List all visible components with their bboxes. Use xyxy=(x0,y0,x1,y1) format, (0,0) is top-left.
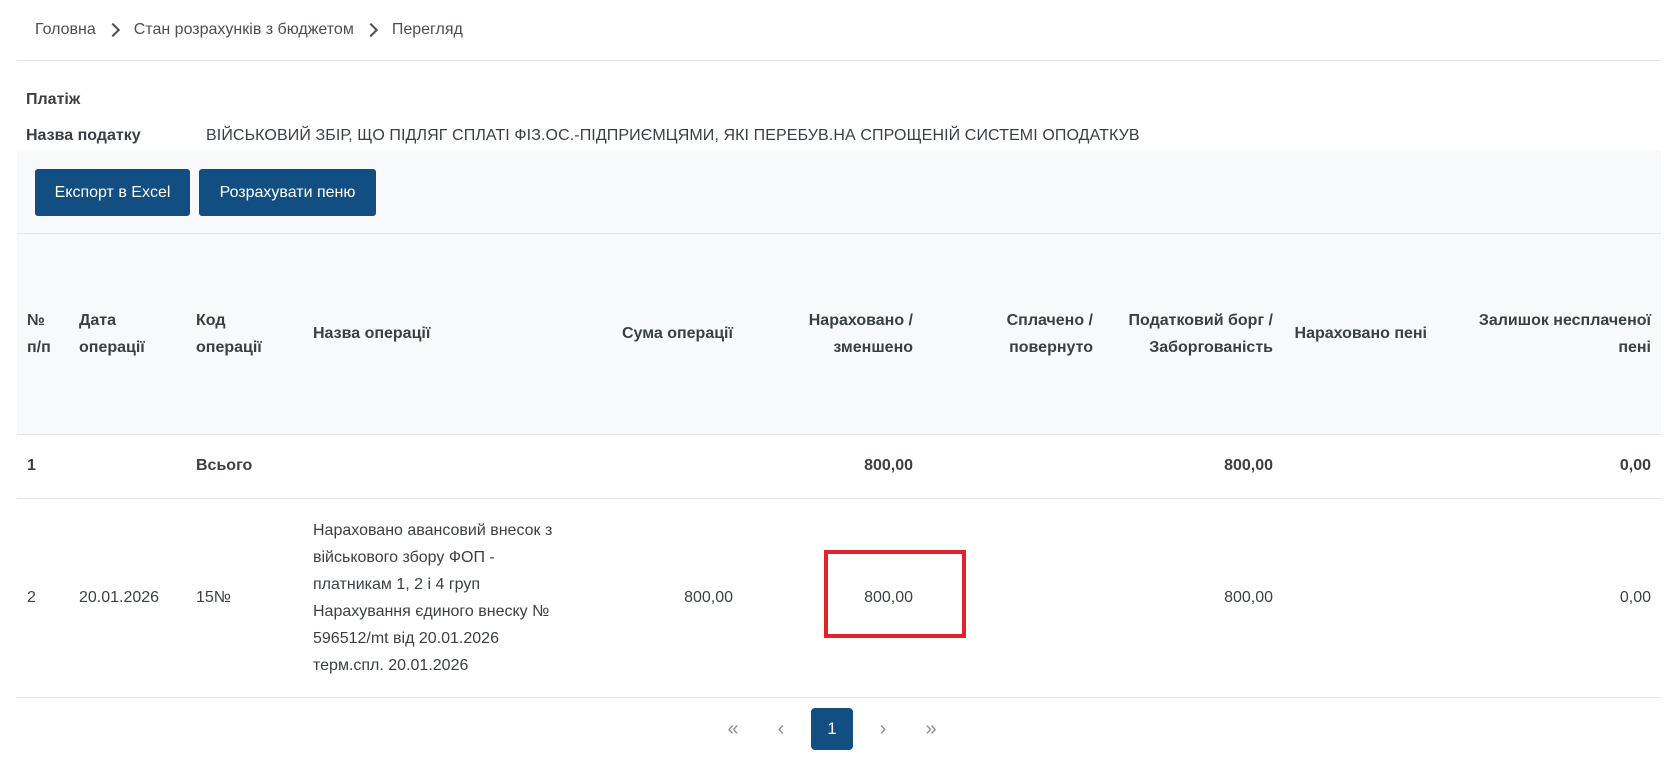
cell-number: 1 xyxy=(17,434,69,498)
table-row-total: 1 Всього 800,00 800,00 0,00 xyxy=(17,434,1661,498)
col-name: Назва операції xyxy=(303,234,609,434)
payment-info: Платіж Назва податку ВІЙСЬКОВИЙ ЗБІР, ЩО… xyxy=(26,82,1140,154)
pagination: « ‹ 1 › » xyxy=(0,708,1664,750)
toolbar: Експорт в Excel Розрахувати пеню xyxy=(17,151,1661,234)
col-number: № п/п xyxy=(17,234,69,434)
col-paid: Сплачено / повернуто xyxy=(923,234,1103,434)
prev-page-button[interactable]: ‹ xyxy=(757,708,805,750)
breadcrumb: Головна Стан розрахунків з бюджетом Пере… xyxy=(35,18,463,42)
cell-penalty-accrued xyxy=(1283,498,1437,697)
col-amount: Сума операції xyxy=(609,234,743,434)
col-code: Код операції xyxy=(186,234,303,434)
payment-row: Платіж xyxy=(26,82,1140,118)
cell-accrued: 800,00 xyxy=(743,498,923,697)
cell-accrued: 800,00 xyxy=(743,434,923,498)
cell-debt: 800,00 xyxy=(1103,498,1283,697)
cell-paid xyxy=(923,434,1103,498)
cell-code: Всього xyxy=(186,434,303,498)
col-penalty-accrued: Нараховано пені xyxy=(1283,234,1437,434)
payment-label: Платіж xyxy=(26,91,206,109)
breadcrumb-budget-settlements[interactable]: Стан розрахунків з бюджетом xyxy=(134,21,354,39)
calculate-penalty-button[interactable]: Розрахувати пеню xyxy=(199,169,376,216)
export-excel-button[interactable]: Експорт в Excel xyxy=(35,169,190,216)
page-1-button[interactable]: 1 xyxy=(811,708,853,750)
cell-date xyxy=(69,434,186,498)
cell-debt: 800,00 xyxy=(1103,434,1283,498)
chevron-right-icon xyxy=(106,23,120,37)
tax-name-label: Назва податку xyxy=(26,127,206,145)
col-accrued: Нараховано / зменшено xyxy=(743,234,923,434)
breadcrumb-home[interactable]: Головна xyxy=(35,21,96,39)
cell-penalty-accrued xyxy=(1283,434,1437,498)
cell-name xyxy=(303,434,609,498)
first-page-button[interactable]: « xyxy=(709,708,757,750)
tax-name-value: ВІЙСЬКОВИЙ ЗБІР, ЩО ПІДЛЯГ СПЛАТІ ФІЗ.ОС… xyxy=(206,127,1140,145)
tax-name-row: Назва податку ВІЙСЬКОВИЙ ЗБІР, ЩО ПІДЛЯГ… xyxy=(26,118,1140,154)
col-date: Дата операції xyxy=(69,234,186,434)
operations-table: № п/п Дата операції Код операції Назва о… xyxy=(17,234,1661,698)
cell-amount xyxy=(609,434,743,498)
col-debt: Податковий борг / Заборгованість xyxy=(1103,234,1283,434)
cell-date: 20.01.2026 xyxy=(69,498,186,697)
divider xyxy=(17,60,1661,61)
cell-paid xyxy=(923,498,1103,697)
next-page-button[interactable]: › xyxy=(859,708,907,750)
chevron-right-icon xyxy=(364,23,378,37)
cell-number: 2 xyxy=(17,498,69,697)
last-page-button[interactable]: » xyxy=(907,708,955,750)
cell-amount: 800,00 xyxy=(609,498,743,697)
breadcrumb-current: Перегляд xyxy=(392,21,463,39)
cell-penalty-balance: 0,00 xyxy=(1437,434,1661,498)
table-header: № п/п Дата операції Код операції Назва о… xyxy=(17,234,1661,434)
cell-name: Нараховано авансовий внесок з військовог… xyxy=(303,498,609,697)
col-penalty-balance: Залишок несплаченої пені xyxy=(1437,234,1661,434)
table-row: 2 20.01.2026 15№ Нараховано авансовий вн… xyxy=(17,498,1661,697)
cell-code: 15№ xyxy=(186,498,303,697)
cell-penalty-balance: 0,00 xyxy=(1437,498,1661,697)
